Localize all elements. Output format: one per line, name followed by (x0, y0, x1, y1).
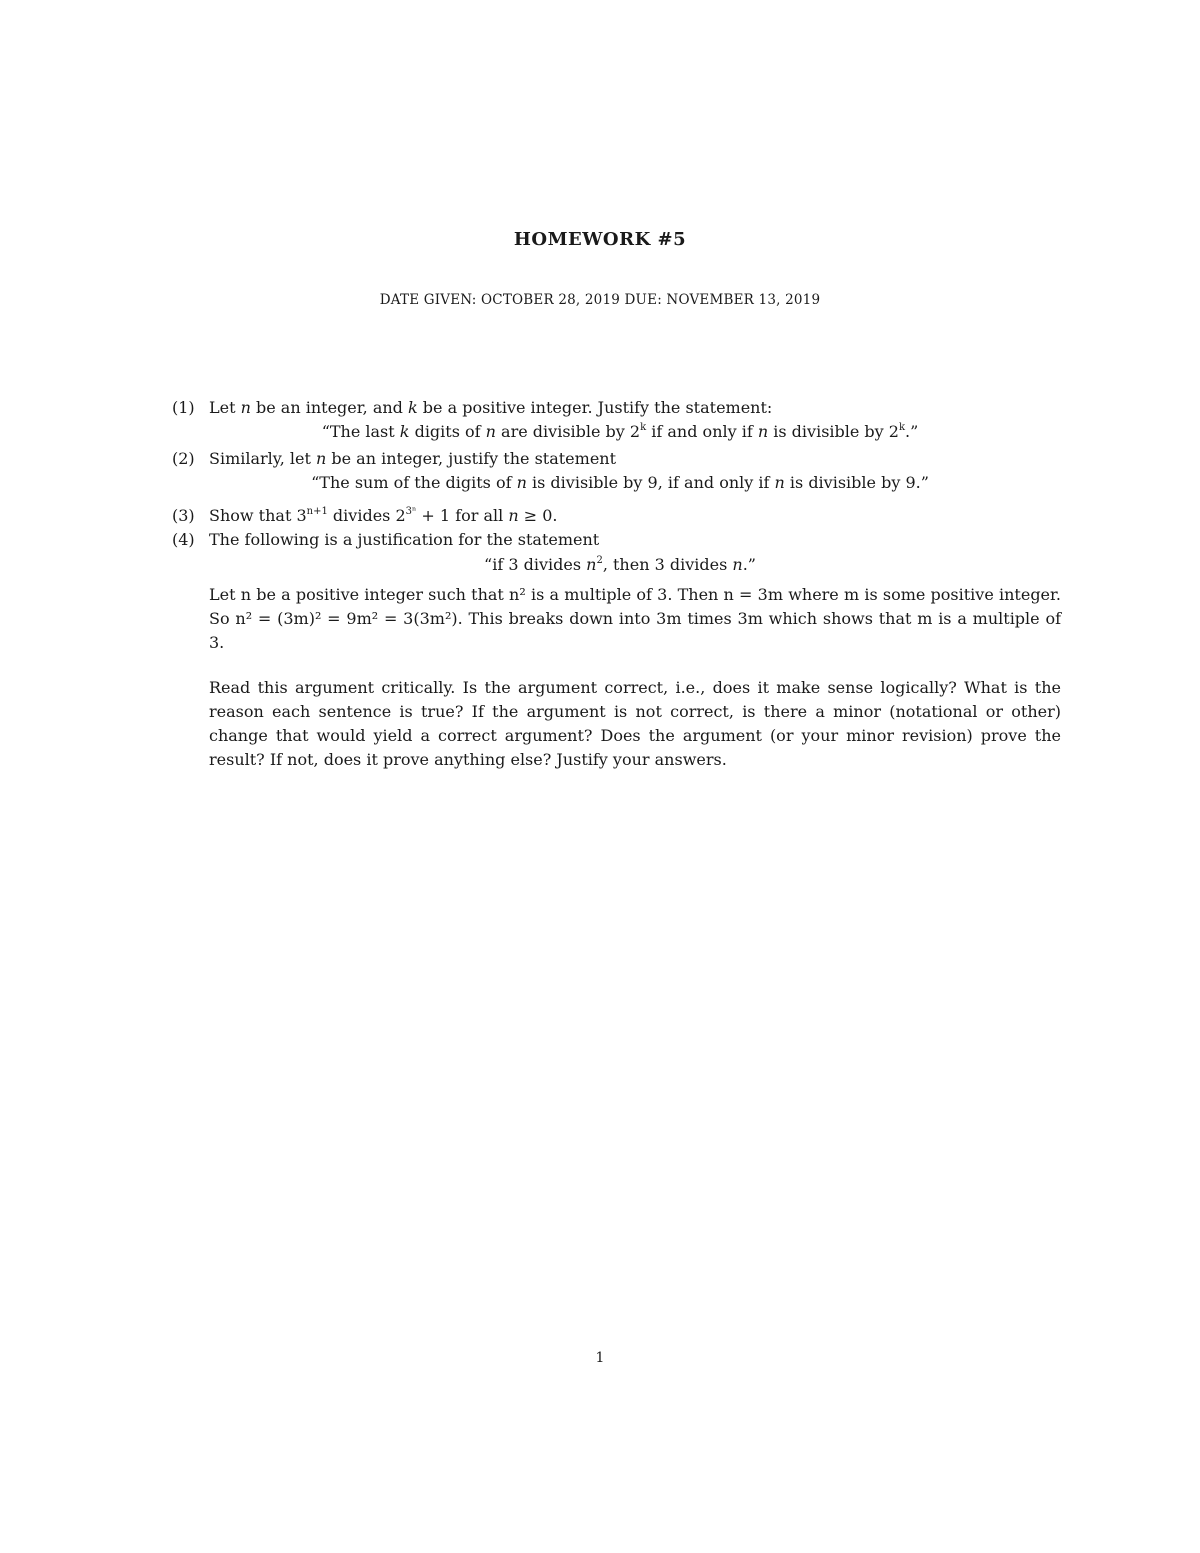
text: .” (905, 422, 918, 441)
text: be an integer, and (251, 398, 408, 417)
problem-number: (1) (172, 396, 209, 420)
math-var: n (758, 422, 768, 441)
page-number: 1 (0, 1350, 1200, 1366)
superscript: 3ⁿ (406, 506, 417, 517)
problem-number: (3) (172, 504, 209, 528)
text: .” (743, 555, 756, 574)
text: + 1 for all (416, 506, 508, 525)
text: divides 2 (328, 506, 406, 525)
text: , then 3 divides (603, 555, 733, 574)
text: Let (209, 398, 241, 417)
problem-2-statement: “The sum of the digits of n is divisible… (20, 471, 1200, 495)
problem-4-argument: Let n be a positive integer such that n²… (209, 583, 1061, 655)
document-title: HOMEWORK #5 (0, 229, 1200, 250)
math-var: n (586, 555, 596, 574)
superscript: n+1 (307, 506, 328, 517)
date-line: DATE GIVEN: OCTOBER 28, 2019 DUE: NOVEMB… (0, 292, 1200, 308)
math-var: n (486, 422, 496, 441)
problem-3: (3)Show that 3n+1 divides 23ⁿ + 1 for al… (172, 504, 558, 528)
text: is divisible by 9.” (785, 473, 929, 492)
problem-1: (1)Let n be an integer, and k be a posit… (172, 396, 772, 420)
problem-2: (2)Similarly, let n be an integer, justi… (172, 447, 616, 471)
text: ≥ 0. (519, 506, 558, 525)
text: Similarly, let (209, 449, 316, 468)
text: be an integer, justify the statement (326, 449, 616, 468)
text: is divisible by 2 (768, 422, 899, 441)
problem-number: (4) (172, 528, 209, 552)
text: be a positive integer. Justify the state… (418, 398, 773, 417)
math-var: n (775, 473, 785, 492)
math-var: n (517, 473, 527, 492)
problem-4-instructions: Read this argument critically. Is the ar… (209, 676, 1061, 772)
text: if and only if (646, 422, 758, 441)
problem-4-statement: “if 3 divides n2, then 3 divides n.” (20, 553, 1200, 577)
text: are divisible by 2 (496, 422, 640, 441)
math-var: n (241, 398, 251, 417)
document-page: HOMEWORK #5 DATE GIVEN: OCTOBER 28, 2019… (0, 0, 1200, 1553)
math-var: n (732, 555, 742, 574)
math-var: k (408, 398, 418, 417)
math-var: n (508, 506, 518, 525)
problem-1-statement: “The last k digits of n are divisible by… (20, 420, 1200, 444)
problem-4: (4)The following is a justification for … (172, 528, 599, 552)
problem-number: (2) (172, 447, 209, 471)
text: “The sum of the digits of (311, 473, 517, 492)
text: is divisible by 9, if and only if (527, 473, 775, 492)
text: “The last (322, 422, 400, 441)
text: The following is a justification for the… (209, 530, 599, 549)
math-var: n (316, 449, 326, 468)
text: digits of (409, 422, 485, 441)
text: “if 3 divides (484, 555, 586, 574)
text: Show that 3 (209, 506, 307, 525)
